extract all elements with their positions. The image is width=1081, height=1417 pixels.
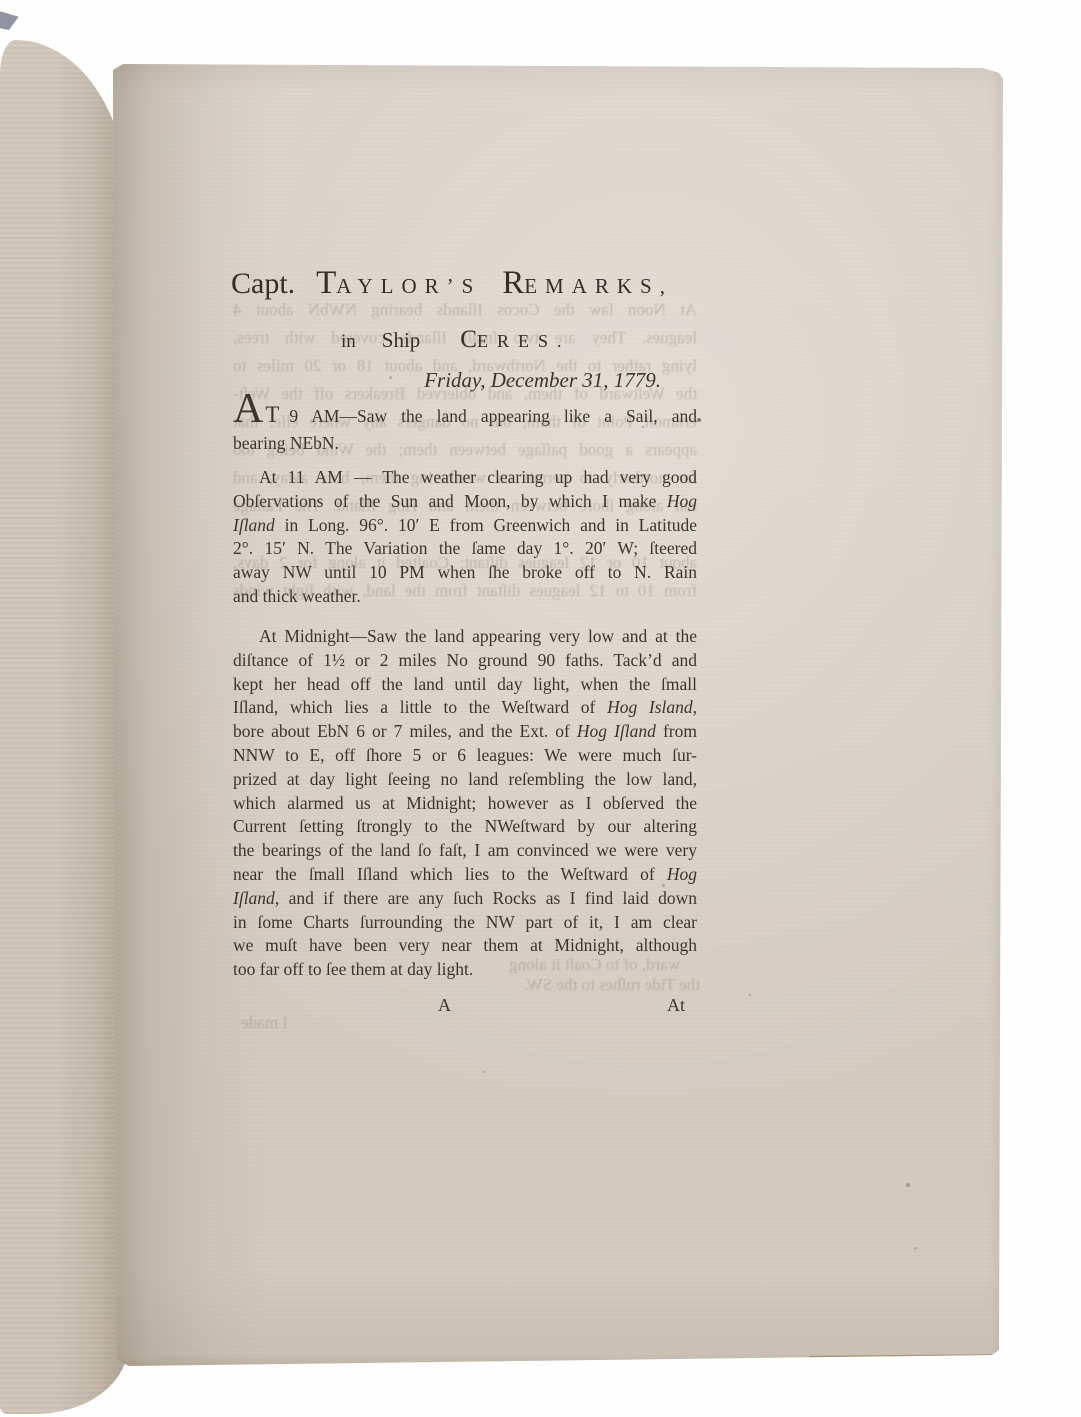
foxing-spot [906, 1183, 910, 1187]
text-line: bore about EbN 6 or 7 miles, and the Ext… [233, 720, 697, 744]
foxing-spot [697, 418, 701, 422]
subtitle-ship-label: Ship [382, 328, 421, 353]
text-line: away NW until 10 PM when ſhe broke off t… [233, 561, 697, 585]
ship-name: CERES. [460, 326, 570, 354]
text-line: diſtance of 1½ or 2 miles No ground 90 f… [233, 649, 697, 673]
catchword: At [667, 995, 685, 1016]
text-line: we muſt have been very near them at Midn… [233, 934, 697, 958]
text-line: 2°. 15′ N. The Variation the ſame day 1°… [233, 537, 697, 561]
text-line: in ſome Charts ſurrounding the NW part o… [233, 911, 697, 935]
paragraph-3: At Midnight—Saw the land appearing very … [233, 625, 697, 982]
text-line: which alarmed us at Midnight; however as… [233, 792, 697, 816]
paragraph-2: At 11 AM — The weather clearing up had v… [233, 466, 697, 609]
signature-mark: A [438, 995, 451, 1016]
binding-sliver [0, 8, 22, 30]
paragraph-1: A T 9 AM—Saw the land appearing like a S… [233, 394, 697, 457]
subtitle-lead: in [341, 331, 356, 353]
page-title: Capt. TAYLOR’S REMARKS, [231, 265, 673, 302]
book-photograph: At Noon ſaw the Cocos Iſlands bearing NW… [0, 0, 1081, 1417]
text-line: kept her head off the land until day lig… [233, 673, 697, 697]
text-line: Obſervations of the Sun and Moon, by whi… [233, 490, 697, 514]
dateline: Friday, December 31, 1779. [233, 368, 661, 393]
text-line: prized at day light ſeeing no land reſem… [233, 768, 697, 792]
text-line: At 11 AM — The weather clearing up had v… [233, 466, 697, 490]
text-line: NNW to E, off ſhore 5 or 6 leagues: We w… [233, 744, 697, 768]
text-line: Iſland, which lies a little to the Weſtw… [233, 696, 697, 720]
title-word: REMARKS, [502, 265, 673, 302]
facing-page-edge [0, 40, 128, 1414]
foxing-spot [749, 994, 751, 996]
foxing-spot [914, 1247, 917, 1250]
title-surname: TAYLOR’S [316, 265, 481, 302]
text-line: bearing NEbN. [233, 430, 697, 457]
direction-line: A At [233, 995, 685, 1021]
text-line: the bearings of the land ſo faſt, I am c… [233, 839, 697, 863]
text-line: Iſland, and if there are any ſuch Rocks … [233, 887, 697, 911]
text-line: Iſland in Long. 96°. 10′ E from Greenwic… [233, 514, 697, 538]
page-subtitle: in Ship CERES. [341, 326, 571, 354]
text-line: 9 AM—Saw the land appearing like a Sail,… [289, 403, 697, 430]
text-line: At Midnight—Saw the land appearing very … [233, 625, 697, 649]
drop-initial: A [233, 394, 263, 424]
text-line: too far off to ſee them at day light. [233, 958, 697, 982]
printed-text: Capt. TAYLOR’S REMARKS, in Ship CERES. F… [233, 64, 697, 1368]
title-prefix: Capt. [231, 267, 295, 301]
text-line: Current ſetting ſtrongly to the NWeſtwar… [233, 815, 697, 839]
opener-small-cap: T [265, 401, 279, 428]
text-line: and thick weather. [233, 585, 697, 609]
text-line: A T 9 AM—Saw the land appearing like a S… [233, 394, 697, 430]
book-page: At Noon ſaw the Cocos Iſlands bearing NW… [113, 64, 1005, 1368]
text-line: near the ſmall Iſland which lies to the … [233, 863, 697, 887]
